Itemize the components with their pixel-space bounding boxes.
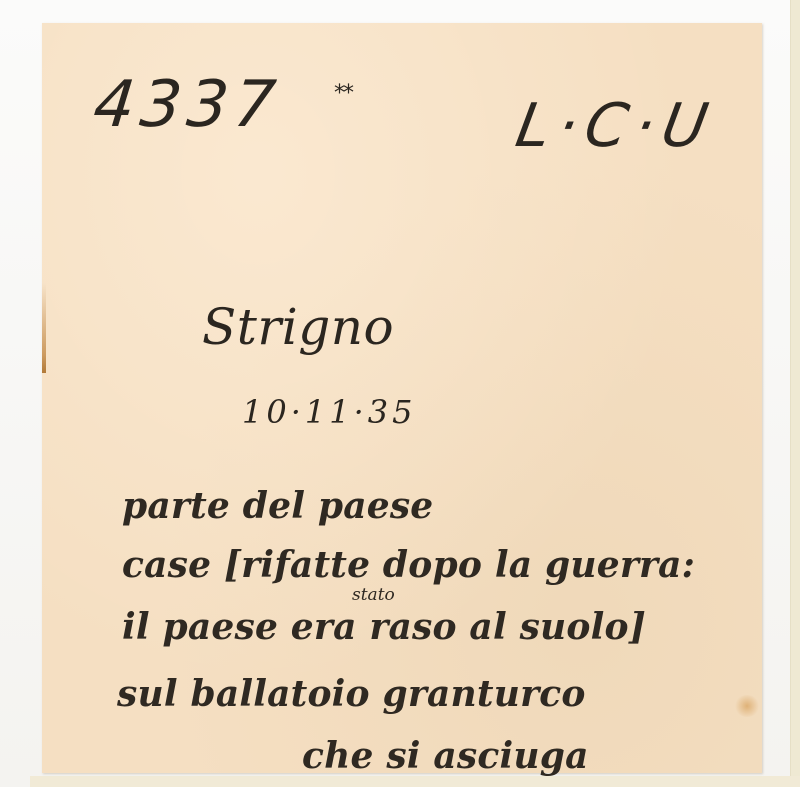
date: 10·11·35 — [242, 393, 417, 431]
catalog-number: 4337 — [90, 68, 285, 142]
place-name: Strigno — [202, 298, 394, 356]
paper-stain-spot — [734, 695, 760, 717]
scan-background: 4337 ** L·C·U Strigno 10·11·35 parte del… — [0, 0, 800, 787]
note-line-1: parte del paese — [122, 485, 433, 527]
adjacent-sheet-bottom-edge — [30, 776, 800, 787]
note-line-5: che si asciuga — [302, 735, 589, 777]
archival-card: 4337 ** L·C·U Strigno 10·11·35 parte del… — [42, 23, 762, 773]
note-line-4: sul ballatoio granturco — [117, 673, 586, 715]
note-line-2: case [rifatte dopo la guerra: — [122, 544, 695, 586]
collection-code: L·C·U — [511, 91, 721, 161]
paper-stain-left-edge — [42, 283, 46, 373]
note-line-3: il paese era raso al suolo] — [122, 606, 646, 648]
interlinear-insertion: stato — [352, 585, 395, 605]
catalog-mark-stars: ** — [334, 81, 352, 106]
adjacent-sheet-edge — [790, 0, 800, 787]
